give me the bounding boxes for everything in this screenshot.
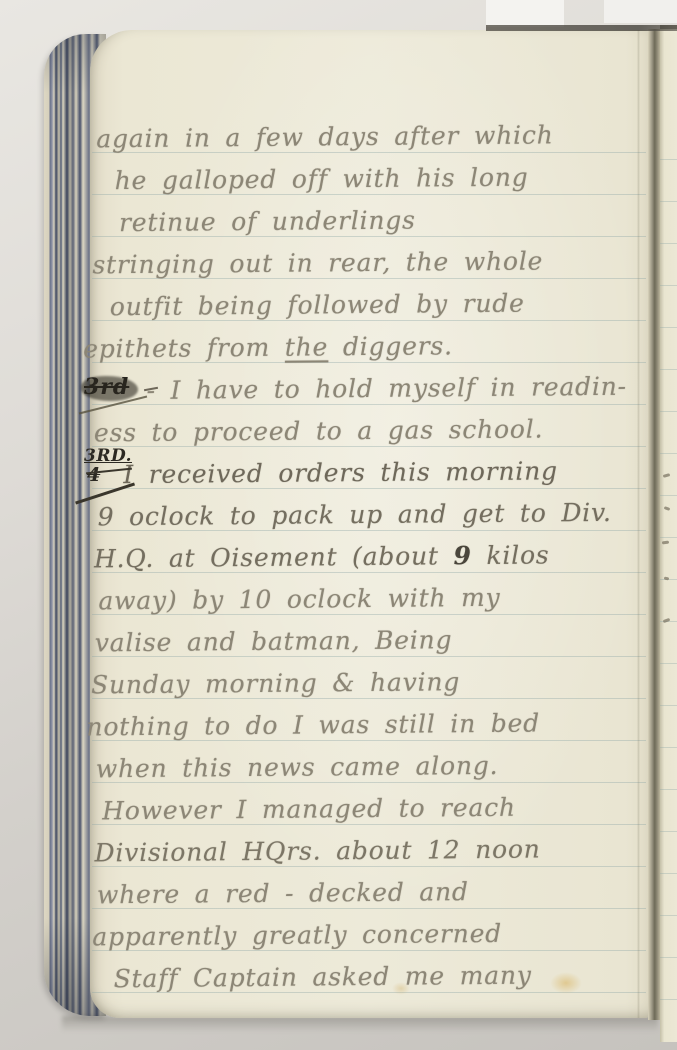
diary-line: epithets from the diggers. [82, 324, 648, 371]
diary-line: valise and batman, Being [85, 618, 651, 665]
facing-page-sliver [660, 25, 677, 1042]
diary-line: 9 oclock to pack up and get to Div. [83, 492, 649, 539]
diary-line: again in a few days after which [80, 114, 646, 161]
page-top-edge [486, 25, 677, 31]
photo-highlight [486, 0, 564, 27]
diary-line: nothing to do I was still in bed [85, 702, 651, 749]
diary-line: H.Q. at Oisement (about 9 kilos [84, 534, 650, 581]
diary-line-segment: kilos [472, 540, 550, 570]
diary-line-segment: diggers. [328, 331, 453, 361]
photo-highlight [604, 0, 677, 23]
diary-line: he galloped off with his long [81, 156, 647, 203]
diary-line: outfit being followed by rude [82, 282, 648, 329]
overwritten-number: 9 [453, 541, 471, 570]
notebook-photo: again in a few days after which he gallo… [0, 0, 677, 1050]
diary-line: retinue of underlings [81, 198, 647, 245]
corrected-day-text: 3RD. [84, 448, 132, 465]
diary-line: ess to proceed to a gas school. [83, 408, 649, 455]
diary-line: Divisional HQrs. about 12 noon [86, 828, 652, 875]
diary-line: away) by 10 oclock with my [84, 576, 650, 623]
underlined-word: the [285, 332, 329, 361]
diary-text: again in a few days after which he gallo… [80, 114, 654, 1001]
diary-line: where a red - decked and [87, 870, 653, 917]
diary-line: when this news came along. [86, 744, 652, 791]
diary-line-segment: epithets from [83, 333, 285, 364]
struck-day-text: 3rd [84, 374, 129, 400]
diary-line: Staff Captain asked me many [87, 954, 653, 1001]
page-drop-shadow [62, 1016, 658, 1032]
margin-note-day: 3RD. 4 [84, 448, 132, 485]
diary-line-segment: H.Q. at Oisement (about [94, 541, 454, 573]
diary-line: apparently greatly concerned [87, 912, 653, 959]
diary-line: I received orders this morning [83, 450, 649, 497]
diary-line: stringing out in rear, the whole [81, 240, 647, 287]
diary-line: - I have to hold myself in readin- [82, 366, 648, 413]
diary-line: Sunday morning & having [85, 660, 651, 707]
margin-note-scribbled-day: 3rd [84, 374, 140, 402]
diary-line: However I managed to reach [86, 786, 652, 833]
ruled-lines [660, 159, 677, 1009]
